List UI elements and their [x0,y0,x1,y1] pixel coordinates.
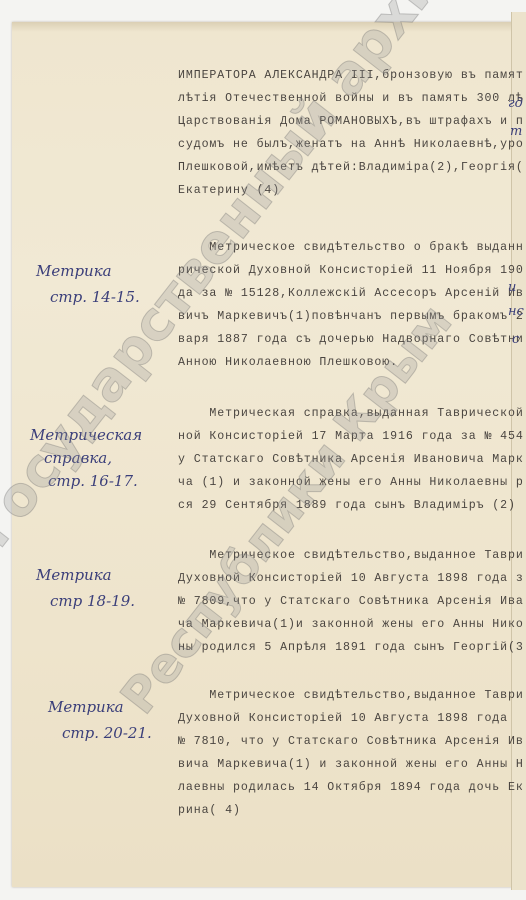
typed-line: лаевны родилась 14 Октября 1894 года доч… [178,776,523,799]
typed-line: рина( 4) [178,799,523,822]
typed-line: № 7810, что у Статскаго Совѣтника Арсені… [178,730,523,753]
right-edge-note: и [508,280,516,295]
right-edge-note: m [510,124,522,139]
typed-paragraph-3: Метрическая справка,выданная Таврической… [178,402,523,517]
margin-note-3: Метрикастр 18-19. [36,562,135,614]
right-edge-note: нс [508,304,524,319]
typed-line: ся 29 Сентября 1889 года сынъ Владиміръ … [178,494,523,517]
typed-line: судомъ не былъ,женатъ на Аннѣ Николаевнѣ… [178,133,523,156]
typed-line: Царствованія Дома РОМАНОВЫХЪ,въ штрафахъ… [178,110,523,133]
margin-note-4: Метрикастр. 20-21. [48,694,152,746]
typed-paragraph-2: Метрическое свидѣтельство о бракѣ выданн… [178,236,523,374]
margin-note-line: Метрика [36,258,140,284]
margin-note-line: Метрика [48,694,152,720]
typed-line: ной Консисторіей 17 Марта 1916 года за №… [178,425,523,448]
margin-note-line: стр. 16-17. [30,470,142,493]
margin-note-2: Метрическаясправка,стр. 16-17. [30,424,142,493]
typed-line: ны родился 5 Апрѣля 1891 года сынъ Георг… [178,636,523,659]
margin-note-line: стр 18-19. [36,588,135,614]
right-edge-note: с [512,332,519,347]
typed-line: рической Духовной Консисторіей 11 Ноября… [178,259,523,282]
typed-line: лѣтія Отечественной войны и въ память 30… [178,87,523,110]
typed-line: вича Маркевича(1) и законной жены его Ан… [178,753,523,776]
typed-line: вичъ Маркевичъ(1)повѣнчанъ первымъ брако… [178,305,523,328]
typed-line: Метрическое свидѣтельство,выданное Таври… [178,684,523,707]
typed-paragraph-1: ИМПЕРАТОРА АЛЕКСАНДРА III,бронзовую въ п… [178,64,523,202]
typed-paragraph-4: Метрическое свидѣтельство,выданное Таври… [178,544,523,659]
margin-note-1: Метрикастр. 14-15. [36,258,140,310]
margin-note-line: Метрика [36,562,135,588]
typed-line: у Статскаго Совѣтника Арсенія Ивановича … [178,448,523,471]
margin-note-line: стр. 14-15. [36,284,140,310]
typed-line: Духовной Консисторіей 10 Августа 1898 го… [178,707,523,730]
typed-line: Анною Николаевною Плешковою. [178,351,523,374]
typed-line: варя 1887 года съ дочерью Надворнаго Сов… [178,328,523,351]
typed-line: да за № 15128,Коллежскій Ассесоръ Арсені… [178,282,523,305]
margin-note-line: стр. 20-21. [48,720,152,746]
typed-line: ча (1) и законной жены его Анны Николаев… [178,471,523,494]
typed-line: Духовной Консисторіей 10 Августа 1898 го… [178,567,523,590]
typed-line: Метрическое свидѣтельство,выданное Таври… [178,544,523,567]
typed-line: ча Маркевича(1)и законной жены его Анны … [178,613,523,636]
right-edge-note: гд [508,96,523,111]
typed-paragraph-5: Метрическое свидѣтельство,выданное Таври… [178,684,523,822]
typed-line: № 7809,что у Статскаго Совѣтника Арсенія… [178,590,523,613]
typed-line: Метрическое свидѣтельство о бракѣ выданн… [178,236,523,259]
typed-line: Екатерину (4) [178,179,523,202]
margin-note-line: Метрическая [30,424,142,447]
typed-line: Плешковой,имѣетъ дѣтей:Владиміра(2),Геор… [178,156,523,179]
typed-line: Метрическая справка,выданная Таврической… [178,402,523,425]
typed-line: ИМПЕРАТОРА АЛЕКСАНДРА III,бронзовую въ п… [178,64,523,87]
margin-note-line: справка, [30,447,142,470]
